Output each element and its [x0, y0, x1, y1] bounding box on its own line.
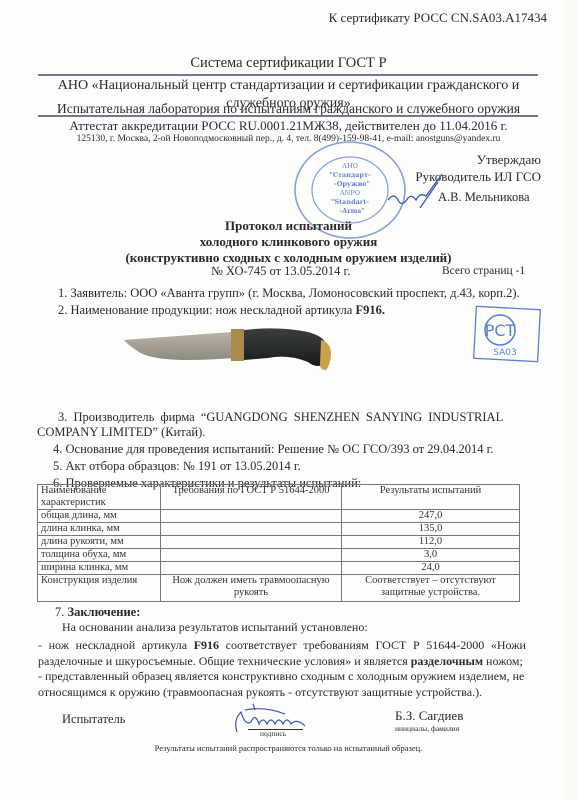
table-row: общая длина, мм 247,0: [38, 510, 520, 523]
svg-text:ANPO: ANPO: [339, 189, 360, 197]
manufacturer-line-1: 3. Производитель фирма “GUANGDONG SHENZH…: [58, 410, 503, 425]
signature-label: подпись: [260, 729, 286, 738]
svg-text:-Arms": -Arms": [339, 207, 364, 215]
svg-text:"Стандарт-: "Стандарт-: [329, 171, 371, 179]
knife-photo: [118, 320, 343, 380]
rst-code: SA03: [493, 348, 517, 358]
protocol-subtitle: холодного клинкового оружия: [0, 233, 577, 250]
conclusion-intro: На основании анализа результатов испытан…: [62, 620, 368, 635]
svg-text:-Оружие": -Оружие": [334, 180, 370, 188]
header-cell: Требования по ГОСТ Р 51644-2000: [161, 485, 342, 510]
header-cell: Результаты испытаний: [342, 485, 520, 510]
rst-symbol: РСТ: [485, 321, 516, 340]
sampling-act: 5. Акт отбора образцов: № 191 от 13.05.2…: [53, 459, 301, 474]
table-row: длина рукояти, мм 112,0: [38, 536, 520, 549]
table-row: длина клинка, мм 135,0: [38, 523, 520, 536]
header-cell: Наименование характеристик: [38, 485, 161, 510]
approve-label: Утверждаю: [413, 151, 541, 168]
table-row: Конструкция изделия Нож должен иметь тра…: [38, 575, 520, 602]
protocol-title: Протокол испытаний: [0, 217, 577, 234]
table-row: толщина обуха, мм 3,0: [38, 549, 520, 562]
header-divider: [38, 115, 538, 117]
header-divider: [38, 74, 538, 76]
results-table: Наименование характеристик Требования по…: [37, 484, 520, 602]
tester-name: Б.З. Сагдиев: [395, 708, 463, 724]
manufacturer-line-2: COMPANY LIMITED” (Китай).: [37, 425, 205, 440]
approver-name: А.В. Мельникова: [438, 190, 530, 205]
organization-line-1: АНО «Национальный центр стандартизации и…: [0, 77, 577, 95]
protocol-number: № ХО-745 от 13.05.2014 г.: [211, 264, 350, 279]
tester-name-label: инициалы, фамилия: [395, 724, 459, 733]
accreditation: Аттестат аккредитации РОСС RU.0001.21МЖ3…: [0, 118, 577, 134]
conclusion-point-2: - представленный образец является констр…: [38, 668, 526, 700]
table-row: ширина клинка, мм 24,0: [38, 562, 520, 575]
applicant: 1. Заявитель: ООО «Аванта групп» (г. Мос…: [58, 286, 520, 301]
stamp-text-1: АНО: [342, 162, 358, 170]
product-name: 2. Наименование продукции: нож нескладно…: [58, 303, 385, 318]
svg-text:"Standart-: "Standart-: [331, 198, 369, 206]
page-count: Всего страниц -1: [442, 265, 525, 277]
test-basis: 4. Основание для проведения испытаний: Р…: [53, 442, 493, 457]
rst-conformity-mark: РСТ SA03: [470, 305, 545, 365]
certification-system: Система сертификации ГОСТ Р: [0, 55, 577, 72]
footer-note: Результаты испытаний распространяются то…: [0, 743, 577, 753]
tester-role: Испытатель: [62, 712, 125, 727]
address-contacts: 125130, г. Москва, 2-ой Новоподмосковный…: [0, 134, 577, 144]
table-header-row: Наименование характеристик Требования по…: [38, 485, 520, 510]
certificate-reference: К сертификату РОСС CN.SA03.A17434: [329, 10, 547, 26]
product-article: F916.: [355, 303, 385, 317]
conclusion-heading: 7. Заключение:: [55, 605, 140, 620]
conclusion-point-1: - нож нескладной артикула F916 соответст…: [38, 637, 526, 669]
